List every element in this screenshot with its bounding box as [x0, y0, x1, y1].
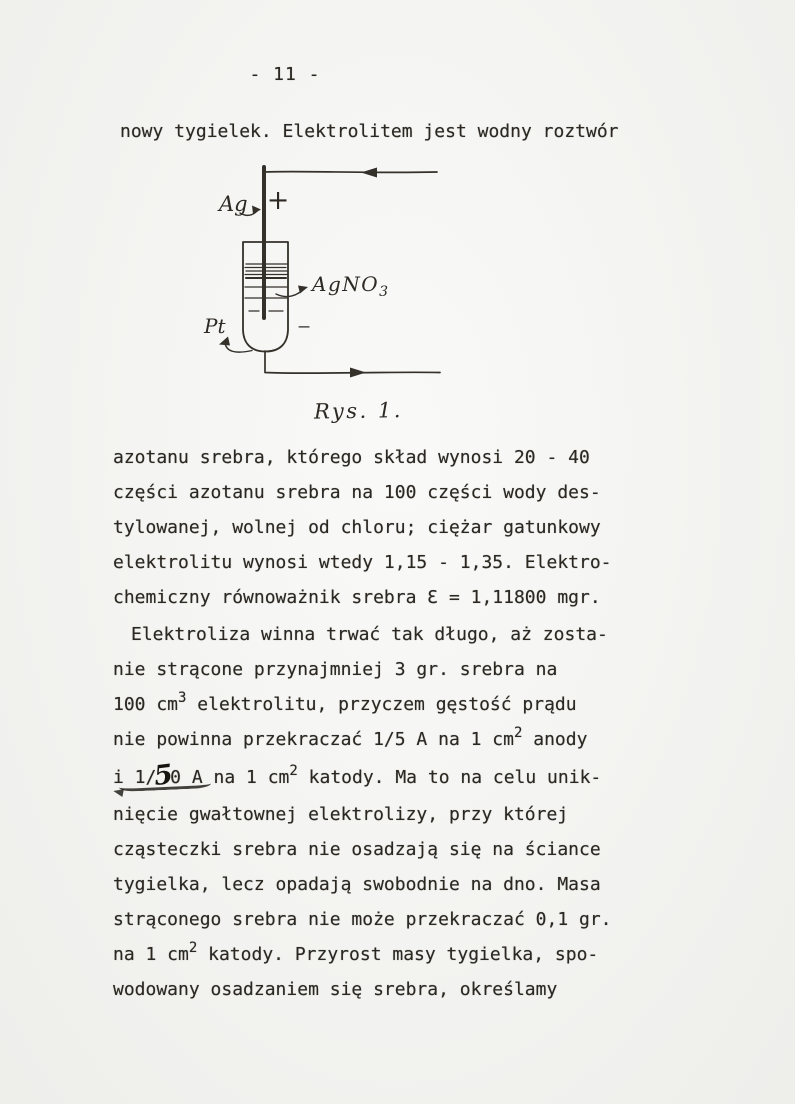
anode-label: Ag: [217, 192, 248, 216]
typed-text: nie powinna przekraczać 1/5 A na 1 cm: [113, 729, 514, 750]
text-line: części azotanu srebra na 100 części wody…: [113, 475, 612, 510]
typed-text: azotanu srebra, którego skład wynosi 20 …: [113, 447, 590, 468]
paragraph-1: azotanu srebra, którego skład wynosi 20 …: [113, 440, 612, 615]
text-line: nięcie gwałtownej elektrolizy, przy któr…: [113, 797, 612, 832]
typed-text: i 1/: [113, 767, 156, 788]
typed-text: 100 cm: [113, 694, 178, 715]
text-line: wodowany osadzaniem się srebra, określam…: [113, 972, 612, 1007]
typed-text: nie strącone przynajmniej 3 gr. srebra n…: [113, 659, 557, 680]
text-line: i 1/50 A na 1 cm2 katody. Ma to na celu …: [113, 757, 612, 792]
typed-text: cząsteczki srebra nie osadzają się na śc…: [113, 839, 601, 860]
typed-text: 0 A na 1 cm: [170, 767, 289, 788]
plus-sign: +: [267, 185, 290, 216]
figure-rys-1: Ag + AgNO3 Pt — Rys. 1.: [180, 150, 460, 440]
text-line: cząsteczki srebra nie osadzają się na śc…: [113, 832, 612, 867]
page-number: - 11 -: [230, 64, 340, 85]
typed-text: katody. Ma to na celu unik-: [298, 767, 601, 788]
text-line: tygielka, lecz opadają swobodnie na dno.…: [113, 867, 612, 902]
text-line: chemiczny równoważnik srebra Ɛ = 1,11800…: [113, 580, 612, 615]
figure-caption: Rys. 1.: [313, 398, 403, 424]
electrolyte-formula-subscript: 3: [379, 284, 389, 300]
text-line: strąconego srebra nie może przekraczać 0…: [113, 902, 612, 937]
electrolyte-label: AgNO3: [310, 272, 390, 300]
typed-text: wodowany osadzaniem się srebra, określam…: [113, 979, 557, 1000]
typed-text: Elektroliza winna trwać tak długo, aż zo…: [131, 624, 608, 645]
typed-text: nięcie gwałtownej elektrolizy, przy któr…: [113, 804, 568, 825]
handwritten-correction: 5: [152, 757, 175, 794]
typed-text: tygielka, lecz opadają swobodnie na dno.…: [113, 874, 601, 895]
electrolyte-formula: AgNO: [310, 272, 379, 296]
superscript: 2: [289, 763, 297, 779]
cathode-label: Pt: [203, 314, 226, 338]
typed-text: na 1 cm: [113, 944, 189, 965]
superscript: 3: [178, 690, 186, 706]
text-line: 100 cm3 elektrolitu, przyczem gęstość pr…: [113, 687, 612, 722]
text-line: nie strącone przynajmniej 3 gr. srebra n…: [113, 652, 612, 687]
scanned-document-page: { "document": { "page_number": "- 11 -",…: [0, 0, 795, 1104]
superscript: 2: [189, 940, 197, 956]
text-line: tylowanej, wolnej od chloru; ciężar gatu…: [113, 510, 612, 545]
text-line: elektrolitu wynosi wtedy 1,15 - 1,35. El…: [113, 545, 612, 580]
current-arrow-right-icon: [350, 368, 366, 378]
anode-arrowhead-icon: [252, 206, 261, 215]
typed-text: chemiczny równoważnik srebra Ɛ = 1,11800…: [113, 587, 601, 608]
text-line: nie powinna przekraczać 1/5 A na 1 cm2 a…: [113, 722, 612, 757]
intro-text-line: nowy tygielek. Elektrolitem jest wodny r…: [120, 117, 619, 147]
text-line: Elektroliza winna trwać tak długo, aż zo…: [113, 617, 612, 652]
typed-text: katody. Przyrost masy tygielka, spo-: [197, 944, 598, 965]
typed-text: elektrolitu, przyczem gęstość prądu: [186, 694, 576, 715]
current-arrow-left-icon: [361, 168, 377, 178]
text-line: azotanu srebra, którego skład wynosi 20 …: [113, 440, 612, 475]
typed-text: anody: [522, 729, 587, 750]
paragraph-2: Elektroliza winna trwać tak długo, aż zo…: [113, 617, 612, 1007]
text-line: na 1 cm2 katody. Przyrost masy tygielka,…: [113, 937, 612, 972]
superscript: 2: [514, 725, 522, 741]
typed-text: tylowanej, wolnej od chloru; ciężar gatu…: [113, 517, 601, 538]
top-wire: [264, 172, 437, 173]
minus-sign: —: [299, 316, 310, 337]
typed-text: strąconego srebra nie może przekraczać 0…: [113, 909, 612, 930]
typed-text: części azotanu srebra na 100 części wody…: [113, 482, 601, 503]
typed-text: elektrolitu wynosi wtedy 1,15 - 1,35. El…: [113, 552, 612, 573]
